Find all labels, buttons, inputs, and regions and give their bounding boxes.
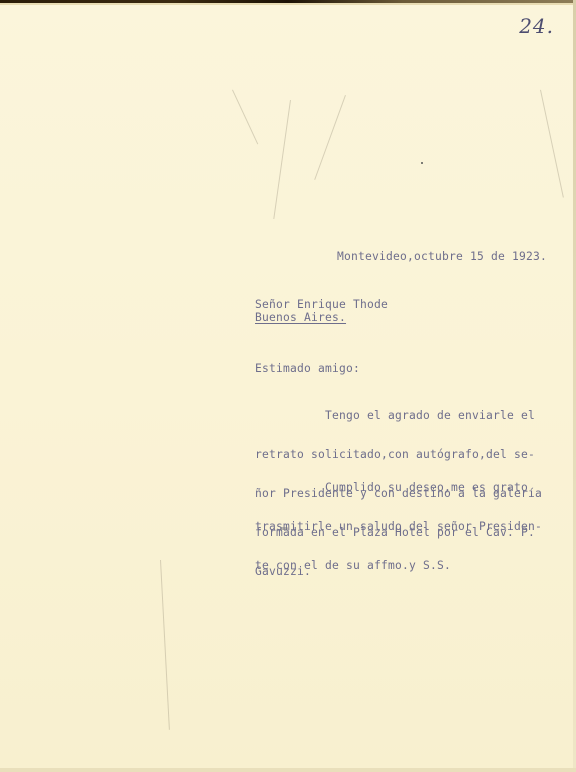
salutation: Estimado amigo: [255, 362, 360, 375]
page-number: 24. [519, 14, 554, 38]
ink-smudge [280, 527, 288, 530]
recipient-city: Buenos Aires. [255, 311, 388, 324]
paragraph-line: Tengo el agrado de enviarle el [255, 409, 542, 422]
page-bottom-edge [0, 768, 576, 772]
pencil-mark [160, 560, 170, 730]
pencil-mark [314, 95, 346, 180]
paragraph-line: te con el de su affmo.y S.S. [255, 559, 542, 572]
date-line: Montevideo,octubre 15 de 1923. [337, 250, 547, 263]
pencil-mark [273, 100, 291, 219]
recipient-address: Señor Enrique ThodeBuenos Aires. [255, 298, 388, 324]
paragraph-line: trasmitirle un saludo del señor Presiden… [255, 520, 542, 533]
document-page: 24. Montevideo,octubre 15 de 1923. Señor… [0, 0, 576, 772]
paragraph-2: Cumplido su deseo,me es grato trasmitirl… [255, 455, 542, 598]
page-top-edge-light [0, 3, 576, 5]
pencil-mark [540, 90, 564, 198]
ink-dot [421, 162, 423, 164]
recipient-name: Señor Enrique Thode [255, 298, 388, 311]
pencil-mark [232, 90, 258, 145]
paragraph-line: Cumplido su deseo,me es grato [255, 481, 542, 494]
